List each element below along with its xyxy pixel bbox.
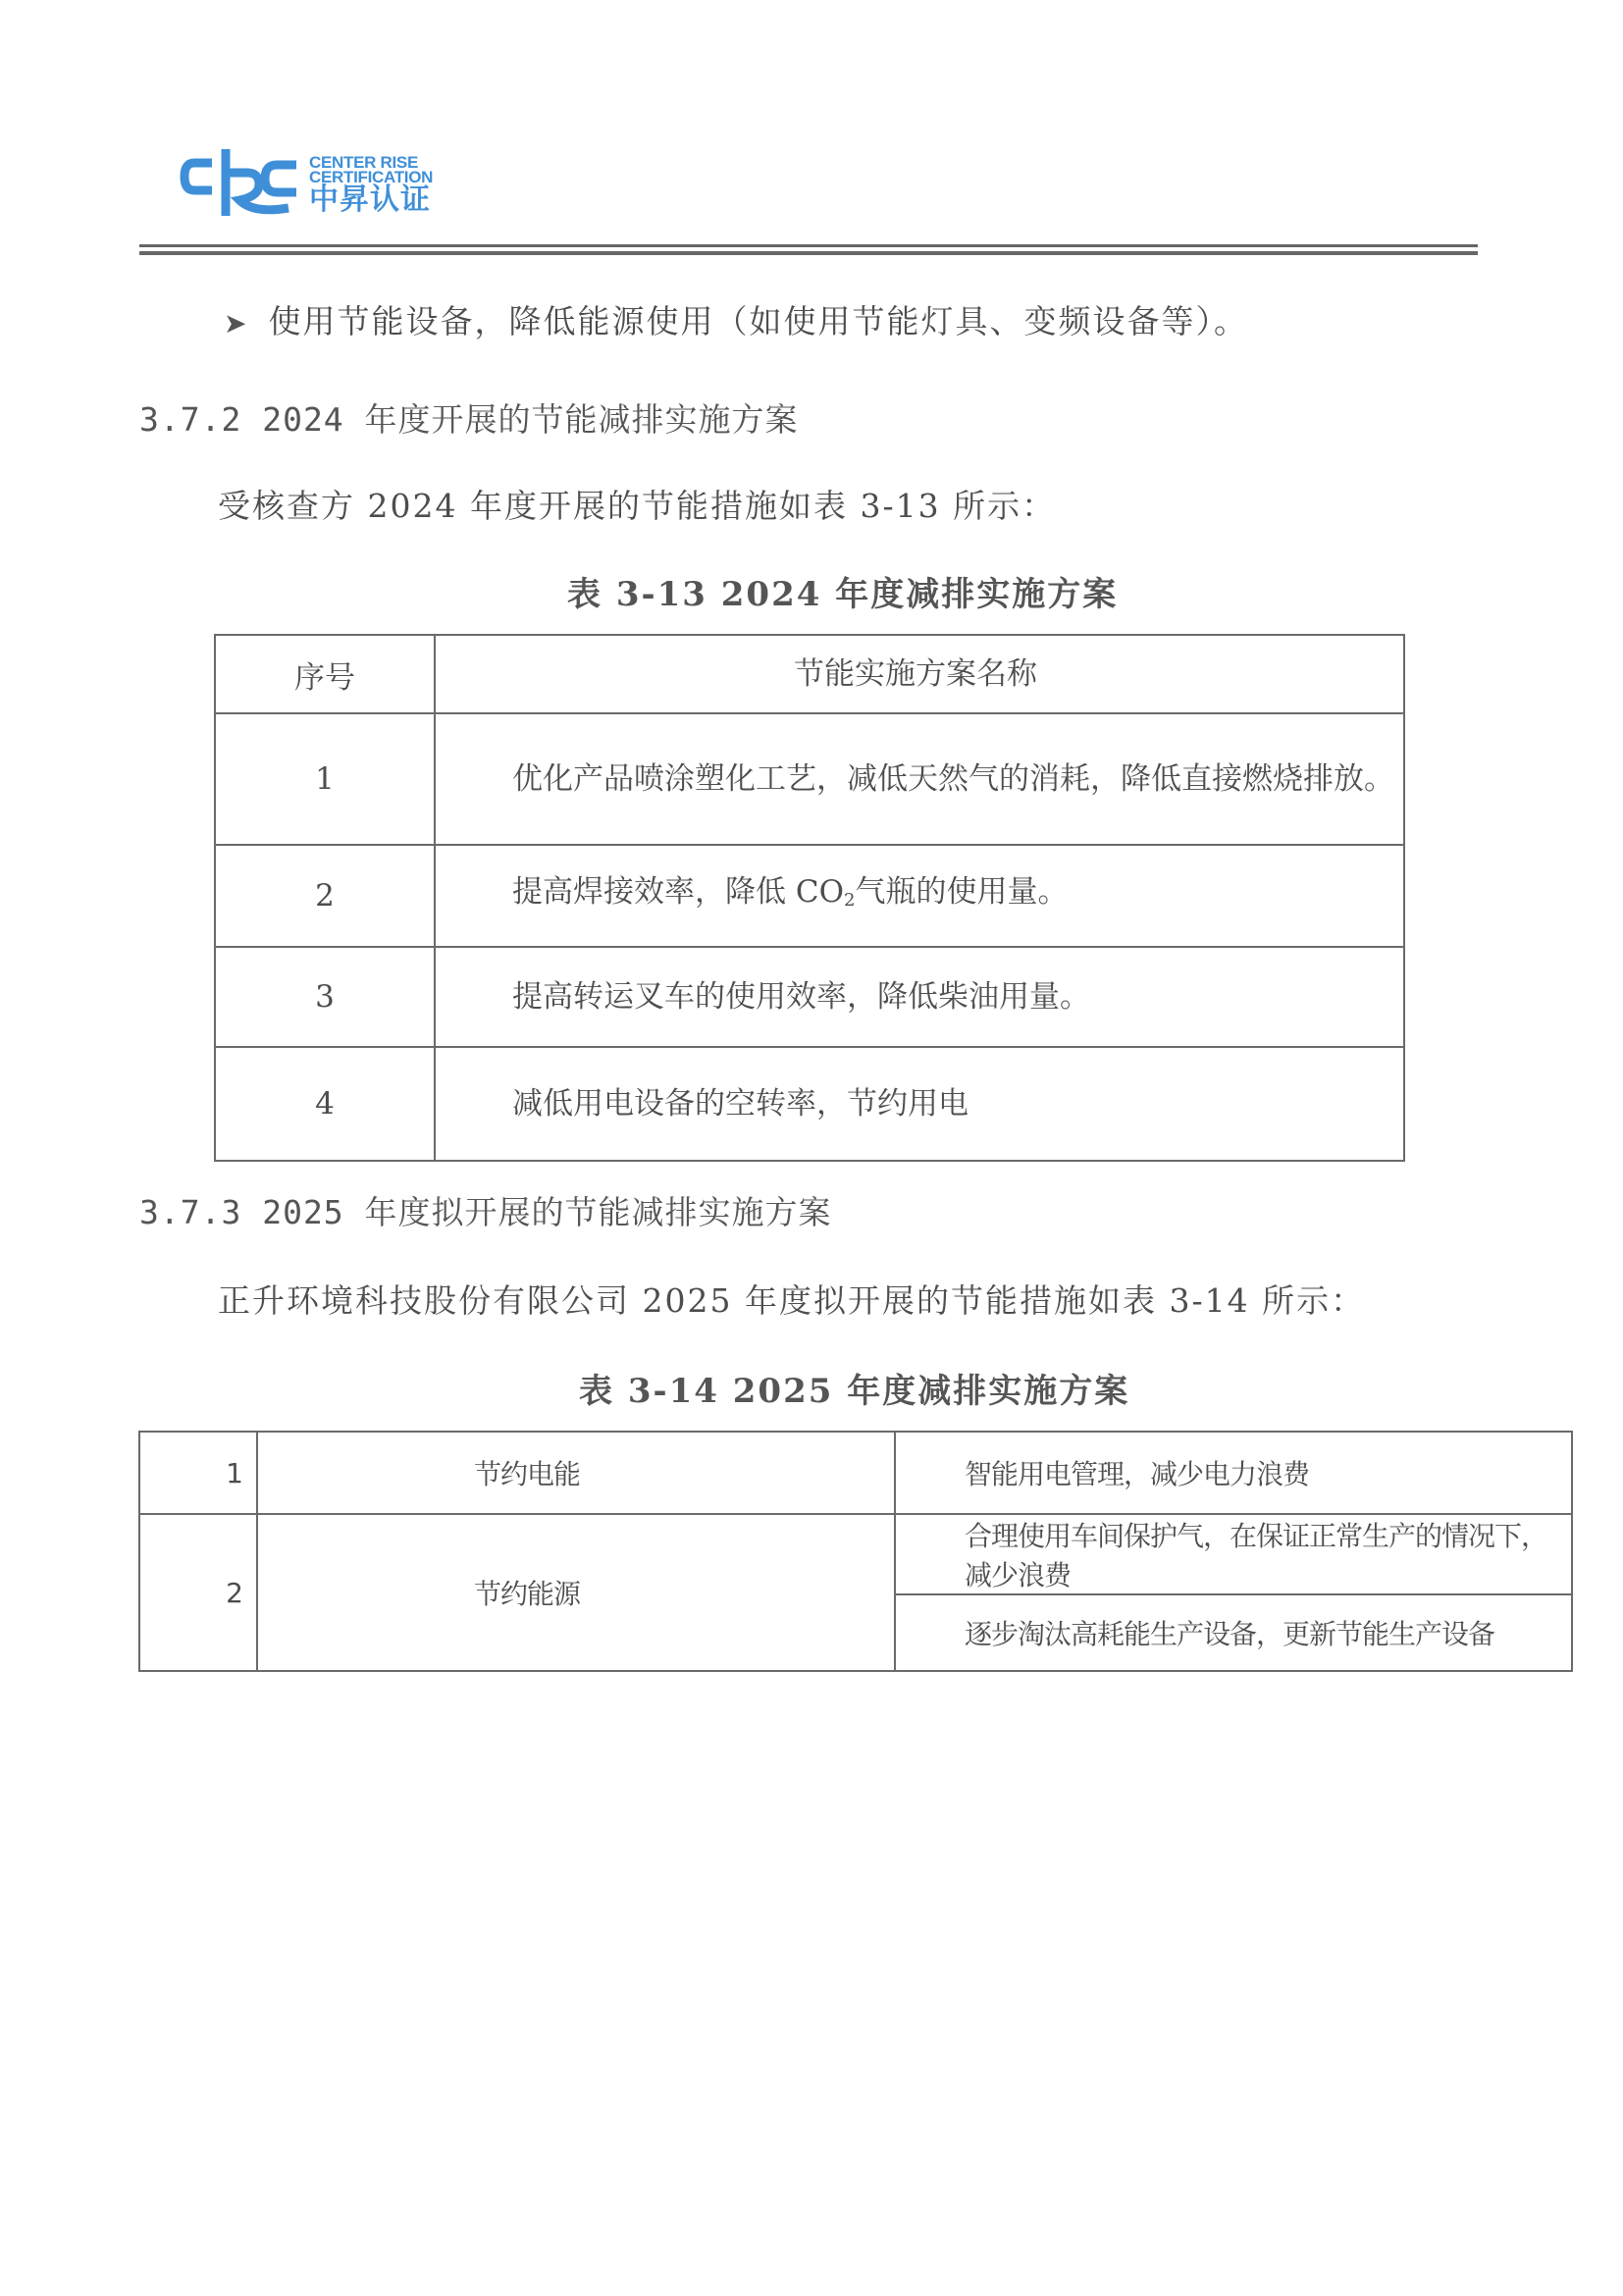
section-intro-3-7-2: 受核查方 2024 年度开展的节能措施如表 3-13 所示： — [218, 481, 1056, 527]
arrow-right-bullet-icon: ➤ — [224, 307, 248, 339]
table-row: 2 节约能源 合理使用车间保护气，在保证正常生产的情况下，减少浪费 — [139, 1514, 1572, 1594]
cell-measure: 逐步淘汰高耗能生产设备，更新节能生产设备 — [895, 1594, 1572, 1671]
cell-no: 1 — [215, 713, 435, 845]
cell-name: 优化产品喷涂塑化工艺，减低天然气的消耗，降低直接燃烧排放。 — [435, 713, 1404, 845]
cell-name: 减低用电设备的空转率，节约用电 — [435, 1047, 1404, 1161]
table-3-13: 序号 节能实施方案名称 1 优化产品喷涂塑化工艺，减低天然气的消耗，降低直接燃烧… — [214, 634, 1405, 1162]
logo-text: CENTER RISE CERTIFICATION 中昇认证 — [309, 155, 433, 216]
crc-logo: CENTER RISE CERTIFICATION 中昇认证 — [179, 143, 453, 226]
cell-no: 2 — [215, 845, 435, 947]
logo-text-cn: 中昇认证 — [309, 184, 433, 216]
section-intro-3-7-3: 正升环境科技股份有限公司 2025 年度拟开展的节能措施如表 3-14 所示： — [218, 1276, 1365, 1322]
section-heading-3-7-3: 3.7.3 2025 年度拟开展的节能减排实施方案 — [139, 1187, 832, 1233]
cell-name-text-after: 气瓶的使用量。 — [855, 874, 1068, 910]
header-plan-name: 节能实施方案名称 — [435, 635, 1404, 713]
table-row: 1 节约电能 智能用电管理，减少电力浪费 — [139, 1432, 1572, 1514]
cell-no: 4 — [215, 1047, 435, 1161]
cell-measure: 合理使用车间保护气，在保证正常生产的情况下，减少浪费 — [895, 1514, 1572, 1594]
cell-category: 节约电能 — [257, 1432, 895, 1514]
table-header-row: 序号 节能实施方案名称 — [215, 635, 1404, 713]
header-divider-top — [139, 244, 1478, 247]
cell-name: 提高焊接效率，降低 CO2气瓶的使用量。 — [435, 845, 1404, 947]
table-caption-3-13: 表 3-13 2024 年度减排实施方案 — [567, 567, 1118, 615]
section-heading-3-7-2: 3.7.2 2024 年度开展的节能减排实施方案 — [139, 394, 799, 441]
cell-name-text: 减低用电设备的空转率，节约用电 — [512, 1086, 969, 1122]
cell-measure: 智能用电管理，减少电力浪费 — [895, 1432, 1572, 1514]
table-3-14: 1 节约电能 智能用电管理，减少电力浪费 2 节约能源 合理使用车间保护气，在保… — [138, 1431, 1573, 1672]
cell-name-text: 提高转运叉车的使用效率，降低柴油用量。 — [512, 979, 1090, 1015]
table-row: 2 提高焊接效率，降低 CO2气瓶的使用量。 — [215, 845, 1404, 947]
table-row: 3 提高转运叉车的使用效率，降低柴油用量。 — [215, 947, 1404, 1047]
header-divider-bottom — [139, 251, 1478, 255]
crc-logo-mark-icon — [179, 143, 304, 226]
bullet-text: 使用节能设备，降低能源使用（如使用节能灯具、变频设备等）。 — [268, 302, 1248, 340]
cell-no: 1 — [139, 1432, 257, 1514]
header-serial-number: 序号 — [215, 635, 435, 713]
cell-no: 2 — [139, 1514, 257, 1671]
cell-no: 3 — [215, 947, 435, 1047]
bullet-item: ➤使用节能设备，降低能源使用（如使用节能灯具、变频设备等）。 — [224, 296, 1248, 342]
cell-category: 节约能源 — [257, 1514, 895, 1671]
table-caption-3-14: 表 3-14 2025 年度减排实施方案 — [579, 1364, 1129, 1412]
cell-name-text-before: 提高焊接效率，降低 CO — [512, 874, 844, 910]
table-row: 1 优化产品喷涂塑化工艺，减低天然气的消耗，降低直接燃烧排放。 — [215, 713, 1404, 845]
cell-name: 提高转运叉车的使用效率，降低柴油用量。 — [435, 947, 1404, 1047]
cell-name-subscript: 2 — [844, 890, 855, 911]
cell-name-text: 优化产品喷涂塑化工艺，减低天然气的消耗，降低直接燃烧排放。 — [512, 761, 1394, 797]
table-row: 4 减低用电设备的空转率，节约用电 — [215, 1047, 1404, 1161]
